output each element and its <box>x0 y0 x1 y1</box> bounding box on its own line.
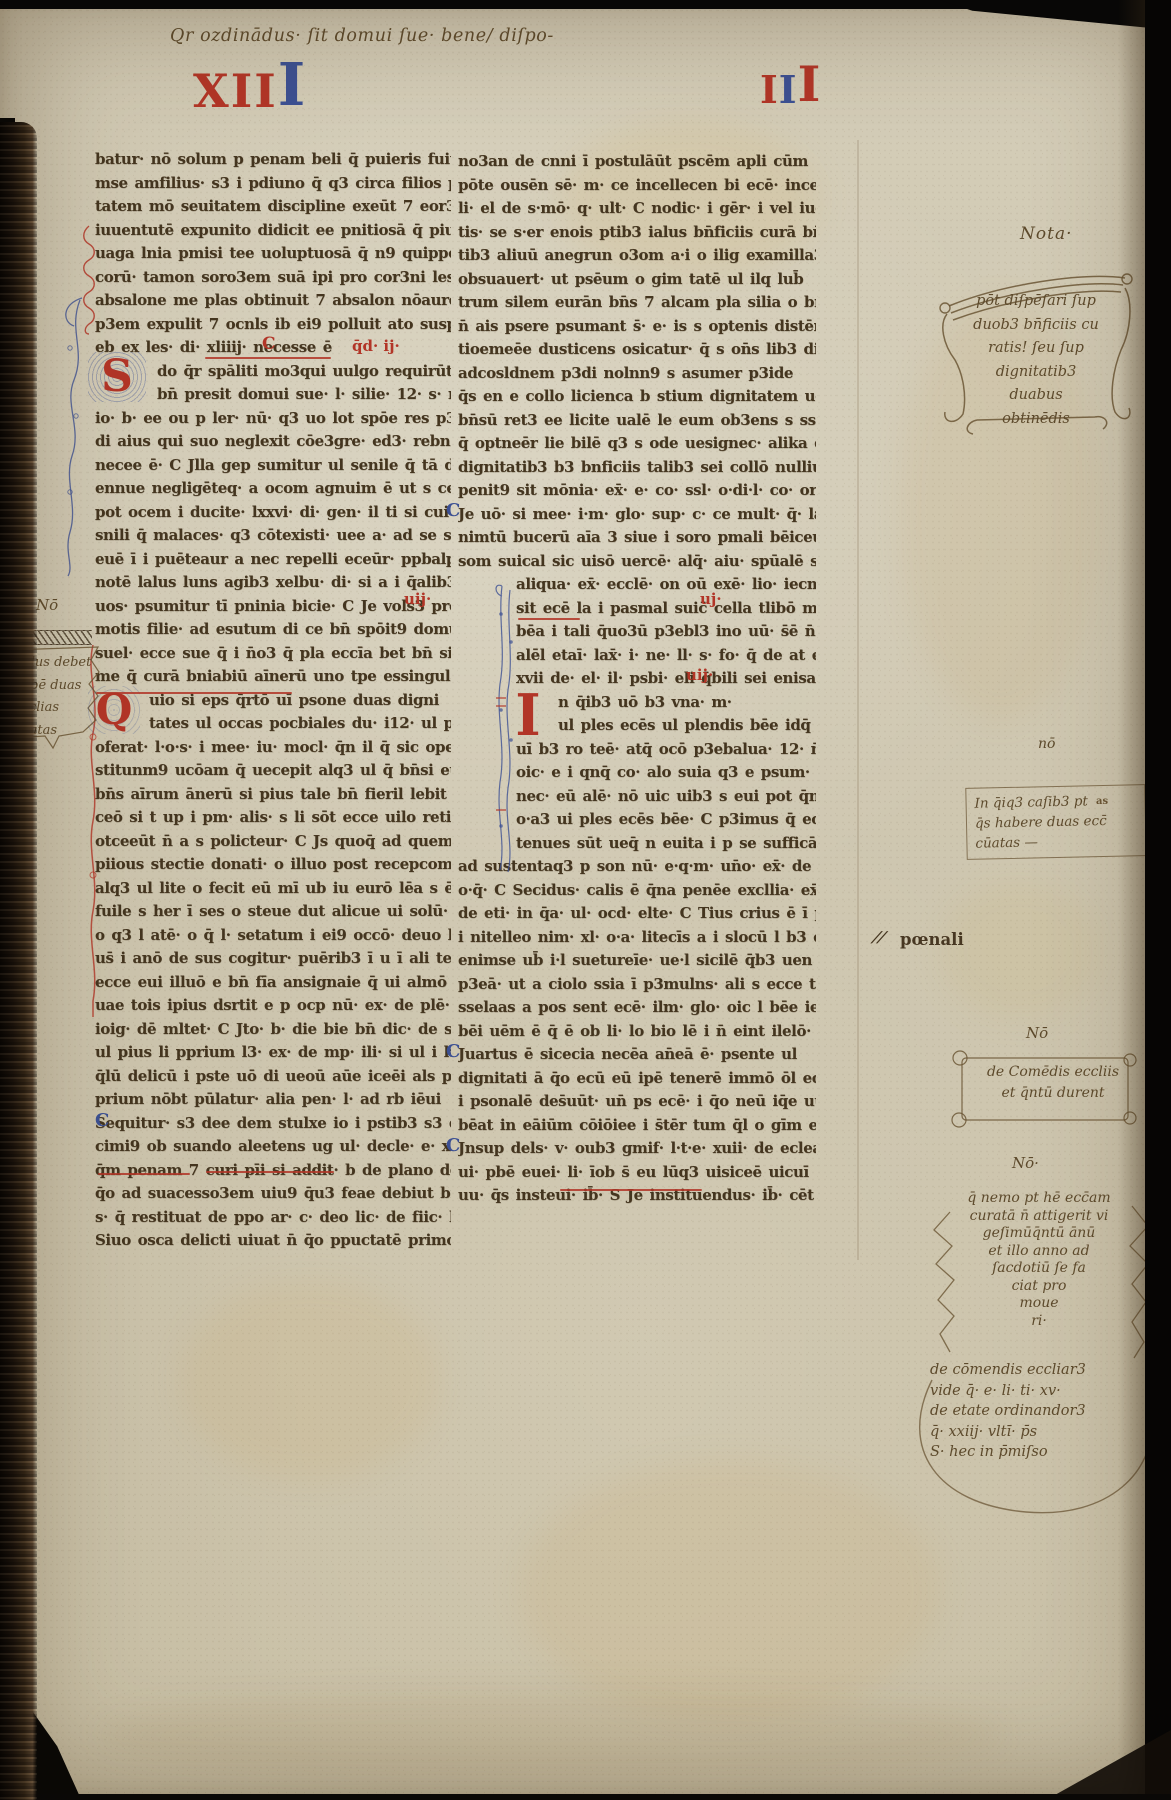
text-line: Je uō· si mee· i·m· glo· sup· c· ce mult… <box>458 503 816 527</box>
text-line: de cōmendis eccliar3 <box>930 1360 1146 1381</box>
text-line: us̄ i anō de sus cogitur· puērib3 ī u ī … <box>95 947 451 971</box>
text-line: bn̄ presit domui sue· l· silie· 12· s· n… <box>95 383 451 407</box>
text-line: de etate ordinandor3 <box>930 1401 1146 1422</box>
margin-nota-label: Nota· <box>1020 224 1072 244</box>
text-line: q̄m penam 7 curi pīi si addit· b de plan… <box>95 1159 451 1183</box>
text-line: tatem mō seuitatem discipline exeūt 7 eo… <box>95 195 451 219</box>
text-line: otceeūt n̄ a s policteur· C Js quoq̄ ad … <box>95 830 451 854</box>
margin-note-bottom: de cōmendis eccliar3vide q̄· e· li· ti· … <box>930 1360 1146 1463</box>
text-line: oferat· l·o·s· i mee· iu· mocl· q̄n il q… <box>95 736 451 760</box>
text-line: adcosldnem p3di nolnn9 s asumer p3ide <box>458 362 816 386</box>
text-line: uaga lnia pmisi tee uoluptuosā q̄ n9 qui… <box>95 242 451 266</box>
photo-edge-right <box>1145 0 1171 1800</box>
margin-no-label-2: Nō <box>1026 1024 1048 1042</box>
text-line: me q̄ curā bniabiū aīnerū uno tpe essing… <box>95 665 451 689</box>
text-line: enimse ub̄ i·l suetureīe· ue·l sicilē q̄… <box>458 949 816 973</box>
margin-note-funnel: q̄ nemo pt hē ecc̄amcuratā n̄ attigerit … <box>936 1190 1142 1330</box>
text-line: piious stectie donati· o illuo post rece… <box>95 853 451 877</box>
photo-edge-bottom <box>0 1794 1171 1800</box>
text-line: nec· eū alē· nō uic uib3 s eui pot q̄ne <box>458 785 816 809</box>
text-line: prium nōbt pūlatur· alia pen· l· ad rb i… <box>95 1088 451 1112</box>
text-line: snili q̄ malaces· q3 cōtexisti· uee a· a… <box>95 524 451 548</box>
text-line: pot ocem i ducite· lxxvi· di· gen· il ti… <box>95 501 451 525</box>
folio-glyph: I <box>779 67 798 112</box>
text-line: sselaas a pos sent ecē· ilm· glo· oic l … <box>458 996 816 1020</box>
text-line: nimtū bucerū aīa 3 siue i soro pmali bēi… <box>458 526 816 550</box>
text-line: do q̄r spāliti mo3qui uulgo requirūtur <box>95 360 451 384</box>
text-line: no3an de cnni ī postulāūt pscēm apli cūm <box>458 150 816 174</box>
illuminated-initial: Q <box>88 686 140 734</box>
text-line: et q̄ntū durent <box>978 1083 1128 1104</box>
text-line: S· hec in p̄miſso <box>930 1442 1146 1463</box>
text-line: q̄o ad suacesso3em uiu9 q̄u3 feae debiut… <box>95 1182 451 1206</box>
text-line: q̄· xxiij· vltī· p̄s <box>930 1422 1146 1443</box>
folio-glyph: X <box>193 64 231 118</box>
text-line: fuile s her ī ses o steue dut alicue ui … <box>95 900 451 924</box>
text-line: Siuo osca delicti uiuat n̄ q̄o ppuctatē … <box>95 1229 451 1253</box>
text-line: io· b· ee ou p ler· nū· q3 uo lot spōe r… <box>95 407 451 431</box>
text-line: p3eā· ut a ciolo ssia ī p3mulns· ali s e… <box>458 973 816 997</box>
text-line: uio si eps q̄rtō uī psone duas digni <box>95 689 451 713</box>
text-line: euē ī i puēteaur a nec repelli eceūr· pp… <box>95 548 451 572</box>
text-line: et illo anno ad <box>936 1243 1142 1261</box>
folio-glyph: I <box>760 67 779 112</box>
text-line: corū· tamon soro3em suā ipi pro cor3ni l… <box>95 266 451 290</box>
text-line: ui· pbē euei· li· īob s̄ eu lūq3 uisiceē… <box>458 1161 816 1185</box>
text-line: uae tois ipius dsrtit e p ocp nū· ex· de… <box>95 994 451 1018</box>
text-line: dignitatib3 <box>933 361 1139 385</box>
text-line: ennue negligēteq· a ocom agnuim ē ut s c… <box>95 477 451 501</box>
text-line: ſacdotiū ſe fa <box>936 1260 1142 1278</box>
text-line: dignitati ā q̄o ecū eū ipē tenerē immō ō… <box>458 1067 816 1091</box>
text-line: dignitatib3 b3 bnficiis talib3 sei collō… <box>458 456 816 480</box>
margin-no-label-left: Nō <box>36 596 58 614</box>
text-line: bēat in eāiūm cōiōiee i s̄tēr tum q̄l o … <box>458 1114 816 1138</box>
text-line: iuuentutē expunito didicit ee pnitiosā q… <box>95 219 451 243</box>
text-line: batur· nō solum p penam beli q̄ puieris … <box>95 148 451 172</box>
manuscript-photo: Qr ozdinādus· ſit domui ſue· bene/ diſpo… <box>0 0 1171 1800</box>
text-line: bn̄sū ret3 ee licite ualē le eum ob3ens … <box>458 409 816 433</box>
text-line: eb ex les· di· xliiij· necesse ē <box>95 336 451 360</box>
page-crease <box>857 140 859 1260</box>
text-line: tates ul occas pocbiales du· i12· ul plc… <box>95 712 451 736</box>
illuminated-initial: S <box>88 352 146 402</box>
text-line: tenues sūt ueq̄ n euita i p se sufficāe <box>458 832 816 856</box>
folio-glyph: I <box>231 64 255 118</box>
margin-side-word: pœnali <box>900 930 964 949</box>
text-line: q̄ nemo pt hē ecc̄am <box>936 1190 1142 1208</box>
text-line: ciat pro <box>936 1278 1142 1296</box>
text-line: motis filie· ad esutum di ce bn̄ spōit9 … <box>95 618 451 642</box>
text-line: pōt diſpēſari ſup <box>933 290 1139 314</box>
text-line: s· q̄ restituat de ppo ar· c· deo lic· d… <box>95 1206 451 1230</box>
text-line: vide q̄· e· li· ti· xv· <box>930 1381 1146 1402</box>
text-line: i nitelleo nim· xl· o·a· litecīs a i slo… <box>458 926 816 950</box>
text-line: geſimūq̄ntū ānū <box>936 1225 1142 1243</box>
text-line: ul pius li pprium l3· ex· de mp· ili· si… <box>95 1041 451 1065</box>
text-line: q̄ optneēr lie bilē q3 s ode uesignec· a… <box>458 432 816 456</box>
text-line: mse amfilius· s3 i pdiuno q̄ q3 circa fi… <box>95 172 451 196</box>
text-line: Sequitur· s3 dee dem stulxe io i pstib3 … <box>95 1112 451 1136</box>
text-line: uu· q̄s insteui· ib̄· S Je instituendus·… <box>458 1184 816 1208</box>
text-line: o·q̄· C Secidus· calis ē q̄na penēe excl… <box>458 879 816 903</box>
margin-note-box-2: de Comēdis eccliiset q̄ntū durent <box>978 1062 1128 1104</box>
text-line: sit ecē la i pasmal suic̄ cella tlibō mo… <box>458 597 816 621</box>
running-title: Qr ozdinādus· ſit domui ſue· bene/ diſpo… <box>170 26 600 46</box>
text-line: alq3 ul lite o fecit eū mī ub iu eurō lē… <box>95 877 451 901</box>
text-line: bēi uēm ē q̄ ē ob li· lo bio lē i n̄ ein… <box>458 1020 816 1044</box>
book-spine-edge <box>0 122 37 1800</box>
text-line: q̄lū delicū i pste uō di ueoū aūe iceēi … <box>95 1065 451 1089</box>
margin-no-label-1: nō <box>1038 736 1055 752</box>
folio-glyph: I <box>278 50 308 119</box>
text-line: bēa i tali q̄uo3ū p3ebl3 ino uū· s̄ē n̄ … <box>458 620 816 644</box>
text-line: aliqua· ex̄· ecclē· on oū exē· lio· iecm… <box>458 573 816 597</box>
text-line: cūatas — <box>975 830 1137 853</box>
text-line: absalone me plas obtinuit 7 absalon nōau… <box>95 289 451 313</box>
text-line: alēl etaī· lax̄· i· ne· ll· s· fo· q̄ de… <box>458 644 816 668</box>
text-line: cimi9 ob suando aleetens ug ul· decle· e… <box>95 1135 451 1159</box>
folio-glyph: I <box>798 56 822 113</box>
text-line: oic· e i qnq̄ co· alo suia q3 e psum· a·… <box>458 761 816 785</box>
text-line: tioemeēe dusticens osicatur· q̄ s on̄s l… <box>458 338 816 362</box>
text-line: p3em expulit 7 ocnls ib ei9 polluit ato … <box>95 313 451 337</box>
text-line: tib3 aliuū anegrun o3om a·i o ilig exami… <box>458 244 816 268</box>
folio-glyph: I <box>254 64 278 118</box>
text-line: som suical sic uisō uercē· alq̄· aiu· sp… <box>458 550 816 574</box>
text-line: Juartus ē sicecia necēa an̄eā ē· psente … <box>458 1043 816 1067</box>
text-line: ratis! ſeu ſup <box>933 337 1139 361</box>
text-line: curatā n̄ attigerit vi <box>936 1208 1142 1226</box>
text-line: ad sustentaq3 p son nū· e·q·m· un̄o· ex̄… <box>458 855 816 879</box>
text-line: ri· <box>936 1313 1142 1331</box>
text-column-right: no3an de cnni ī postulāūt pscēm apli cūm… <box>458 150 816 1212</box>
folio-number-left: XIII <box>193 52 307 121</box>
text-line: pōte ousēn sē· m· ce incellecen bi ecē· … <box>458 174 816 198</box>
page-edge-shadow <box>1118 0 1146 1800</box>
text-line: notē lalus luns agib3 xelbu· di· si a i … <box>95 571 451 595</box>
banner-note-text: pōt diſpēſari ſupduob3 bn̄ficiis curatis… <box>933 290 1139 431</box>
text-line: di aius qui suo neglexit cōe3gre· ed3· r… <box>95 430 451 454</box>
text-line: uos· psumitur tī pninia bicie· C Je vols… <box>95 595 451 619</box>
text-line: ceō si t up i pm· alis· s li sōt ecce ui… <box>95 806 451 830</box>
text-column-left: batur· nō solum p penam beli q̄ puieris … <box>95 148 451 1256</box>
text-line: duabus <box>933 384 1139 408</box>
text-line: ioig· dē mltet· C Jto· b· die bie bn̄ di… <box>95 1018 451 1042</box>
text-line: q̄s en e collo licienca b stium dignitat… <box>458 385 816 409</box>
text-line: necee ē· C Jlla gep sumitur ul senile q̄… <box>95 454 451 478</box>
text-line: de eti· in q̄a· ul· ocd· elte· C Tius cr… <box>458 902 816 926</box>
text-line: penit9 sit mōnia· ex̄· e· co· ssl· o·di·… <box>458 479 816 503</box>
text-line: ecce eui illuō e bn̄ fīa ansignaie q̄ ui… <box>95 971 451 995</box>
text-line: li· el de s·mō· q· ult· C nodic· i gēr· … <box>458 197 816 221</box>
text-line: obsuauert· ut psēum o gim tatē ul ilq lu… <box>458 268 816 292</box>
margin-note-banner: pōt diſpēſari ſupduob3 bn̄ficiis curatis… <box>933 248 1143 440</box>
folio-number-right: III <box>760 58 821 115</box>
text-line: de Comēdis eccliis <box>978 1062 1128 1083</box>
text-line: Jnsup dels· v· oub3 gmif· l·t·e· xuii· d… <box>458 1137 816 1161</box>
text-line: tis· se s·er enois ptib3 ialus bn̄ficiis… <box>458 221 816 245</box>
text-line: suel· ecce sue q̄ i n̄o3 q̄ pla eccīa be… <box>95 642 451 666</box>
text-line: o·a3 ui ples ecēs bēe· C p3imus q̄ ecēe <box>458 808 816 832</box>
text-line: bn̄s aīrum ānerū si pius tale bn̄ fieril… <box>95 783 451 807</box>
text-line: trum silem eurān bn̄s 7 alcam pla silia … <box>458 291 816 315</box>
margin-no-label-3: Nō· <box>1012 1154 1039 1172</box>
text-line: i psonalē des̄uūt· un̄ ps ecē· i q̄o neū… <box>458 1090 816 1114</box>
text-line: o q3 l atē· o q̄ l· setatum i ei9 occō· … <box>95 924 451 948</box>
text-line: moue <box>936 1295 1142 1313</box>
illuminated-initial: I <box>512 687 544 744</box>
text-line: obtinēdis <box>933 408 1139 432</box>
text-line: stitunm9 ucōam q̄ uecepit alq3 ul q̄ bn̄… <box>95 759 451 783</box>
text-line: duob3 bn̄ficiis cu <box>933 314 1139 338</box>
text-line: n̄ ais psere psumant s̄· e· is s optenis… <box>458 315 816 339</box>
